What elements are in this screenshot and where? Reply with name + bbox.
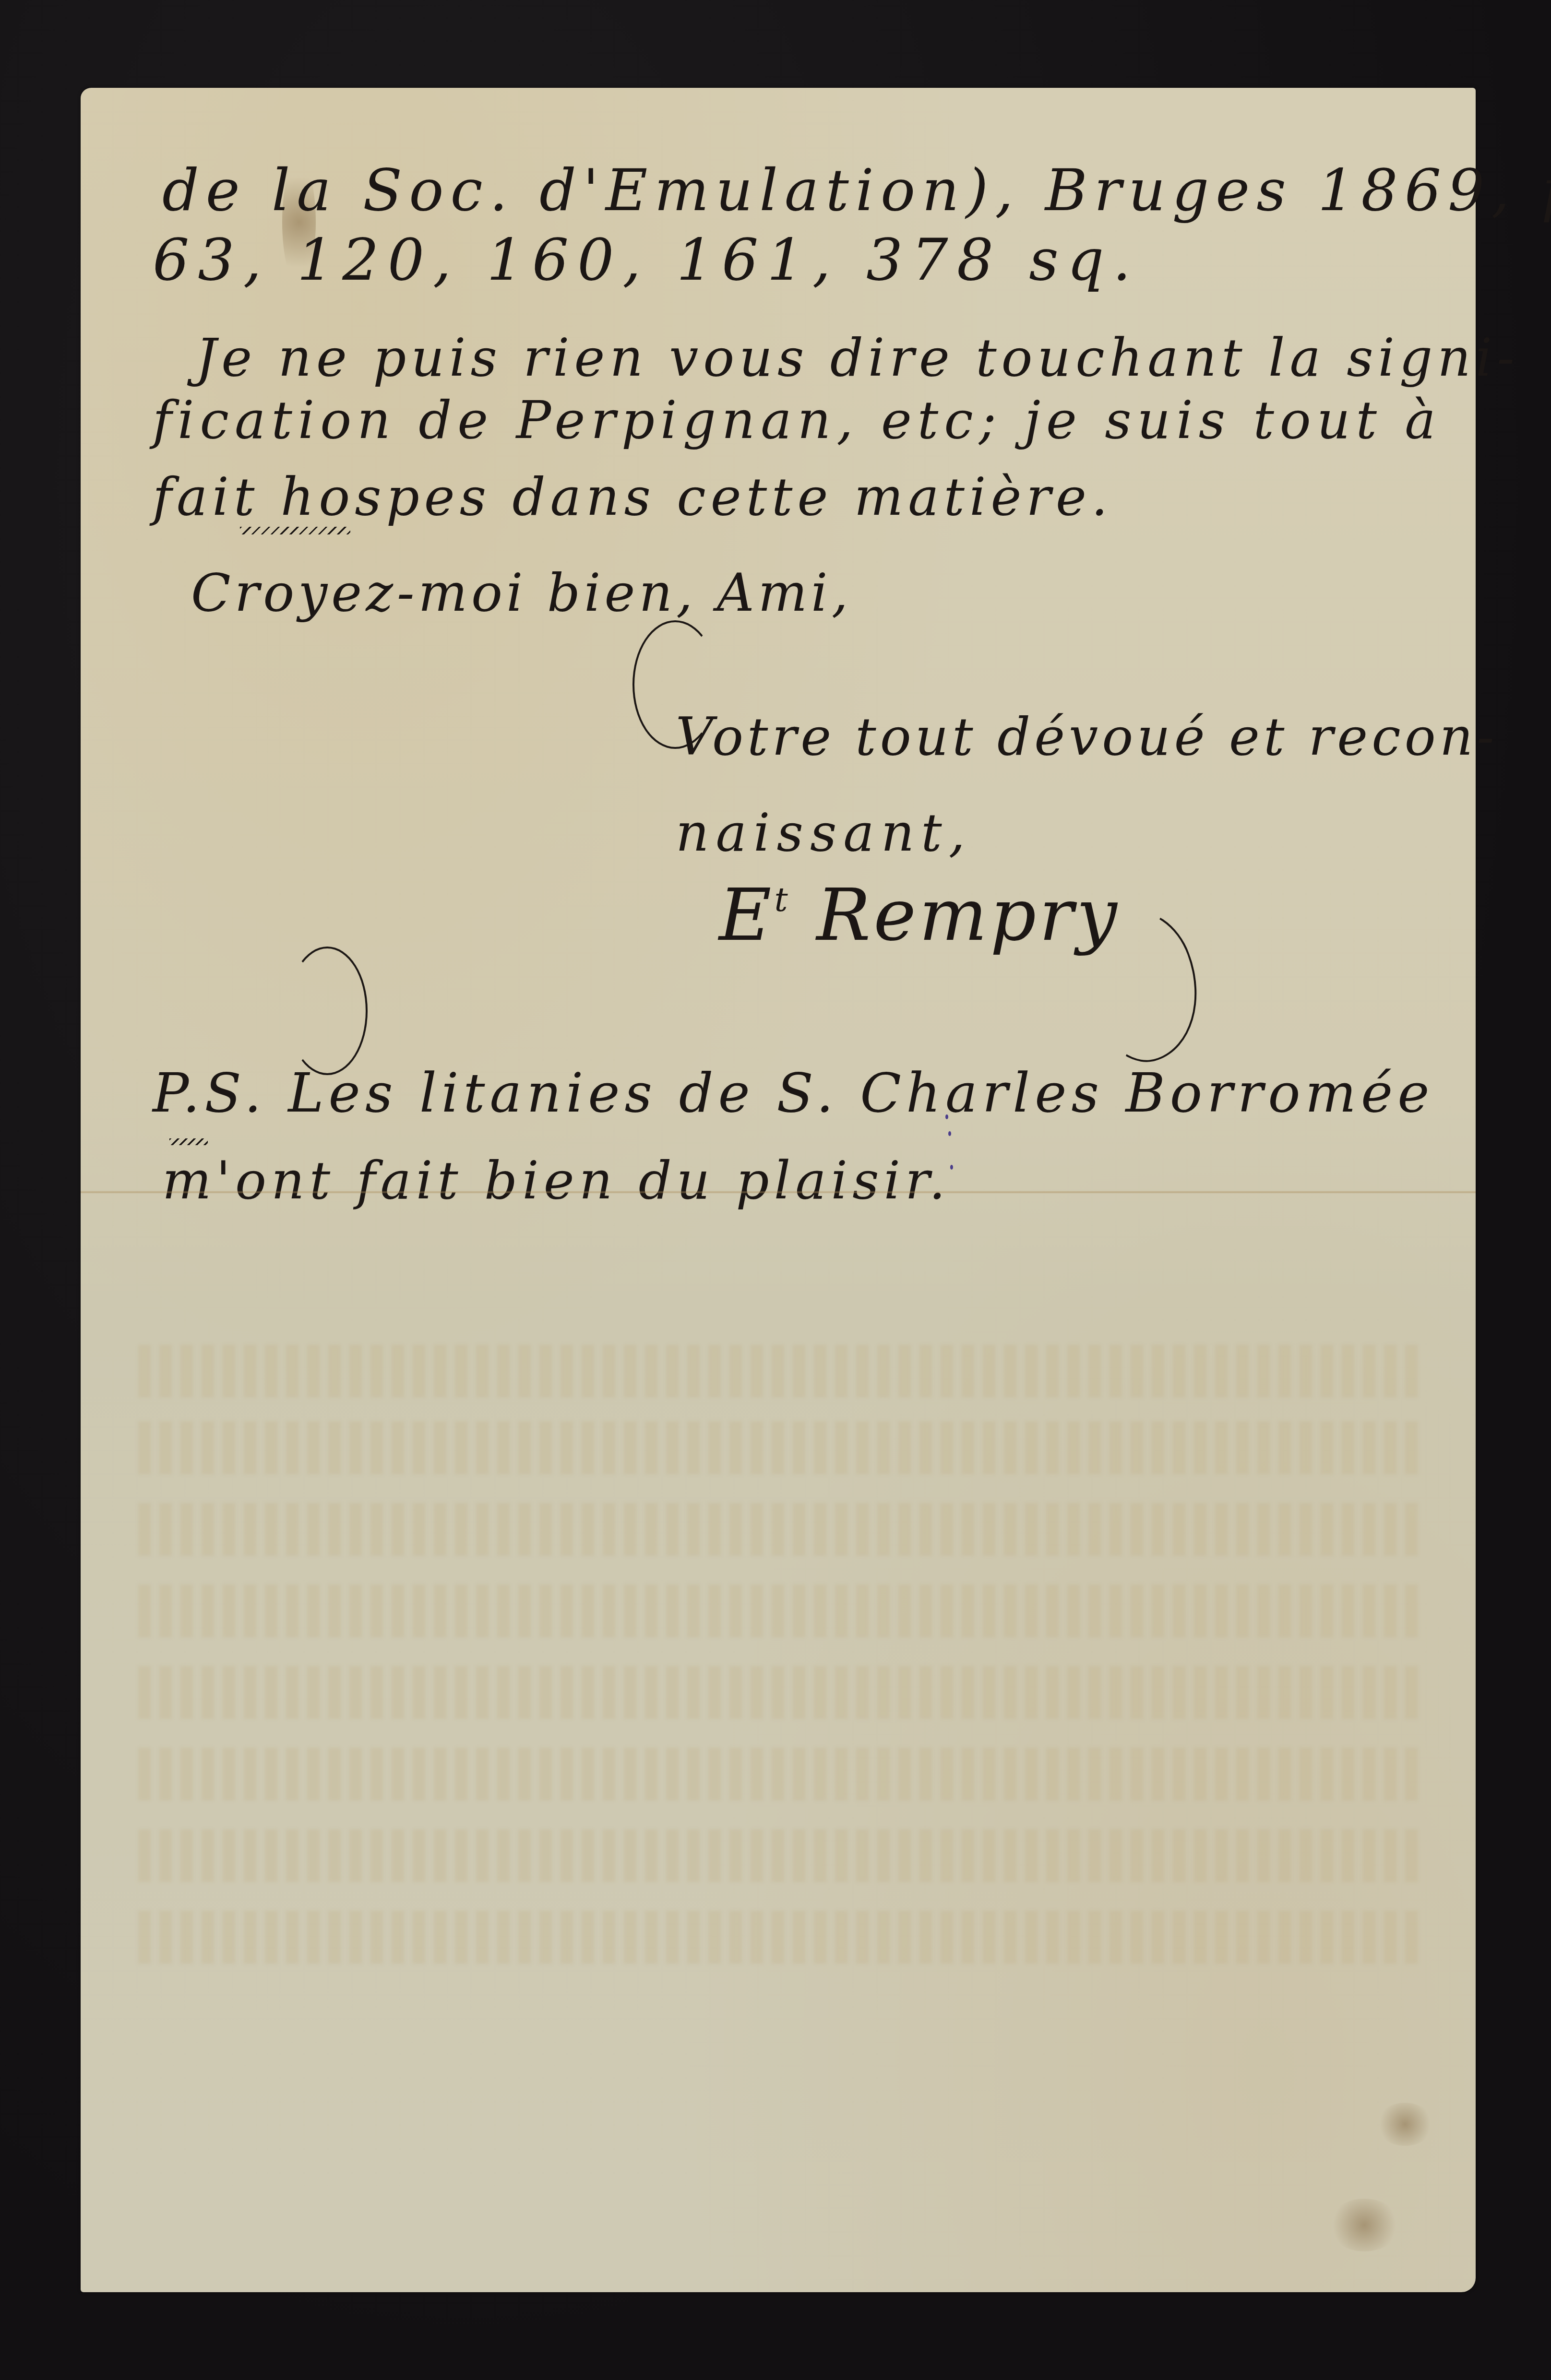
closing-line-1: Votre tout dévoué et recon- bbox=[676, 711, 1498, 763]
postscript-line-1: P.S. Les litanies de S. Charles Borromée bbox=[153, 1066, 1434, 1120]
text-line-4: fication de Perpignan, etc; je suis tout… bbox=[153, 395, 1442, 447]
signature-initial-sup: t bbox=[775, 880, 791, 919]
postscript-line-2: m'ont fait bien du plaisir. bbox=[162, 1155, 950, 1207]
bleed-through-line bbox=[138, 1666, 1418, 1719]
bleed-through-line bbox=[138, 1585, 1418, 1637]
bleed-through-line bbox=[138, 1503, 1418, 1556]
postscript-text-1: Les litanies de S. Charles Borromée bbox=[288, 1062, 1434, 1125]
violet-ink-speck bbox=[950, 1165, 953, 1170]
postscript-label: P.S. bbox=[153, 1062, 266, 1125]
bleed-through-line bbox=[138, 1748, 1418, 1800]
bleed-through-line bbox=[138, 1829, 1418, 1882]
foxing-stain bbox=[1328, 2199, 1400, 2251]
salutation: Croyez-moi bien, Ami, bbox=[191, 568, 852, 619]
bleed-through-line bbox=[138, 1421, 1418, 1474]
flourish-l-icon bbox=[287, 947, 368, 1075]
bleed-through-line bbox=[138, 1911, 1418, 1964]
text-line-5: fait hospes dans cette matière. bbox=[153, 472, 1112, 523]
text-line-3: Je ne puis rien vous dire touchant la si… bbox=[196, 332, 1519, 384]
closing-line-2: naissant, bbox=[676, 807, 972, 859]
fold-line bbox=[81, 1191, 1476, 1194]
signature-initial: E bbox=[719, 874, 775, 957]
text-line-2: 63, 120, 160, 161, 378 sq. bbox=[153, 232, 1140, 289]
wavy-underline bbox=[240, 527, 350, 534]
violet-ink-speck bbox=[945, 1114, 948, 1119]
violet-ink-speck bbox=[948, 1131, 951, 1136]
signature-surname: Rempry bbox=[816, 874, 1120, 957]
ps-wavy-underline bbox=[169, 1138, 208, 1145]
foxing-stain bbox=[1376, 2103, 1434, 2146]
bleed-through-line bbox=[138, 1345, 1418, 1397]
letter-page: de la Soc. d'Emulation), Bruges 1869, pp… bbox=[81, 88, 1476, 2292]
signature: Et Rempry bbox=[719, 879, 1120, 951]
text-line-1: de la Soc. d'Emulation), Bruges 1869, pp… bbox=[162, 162, 1551, 220]
